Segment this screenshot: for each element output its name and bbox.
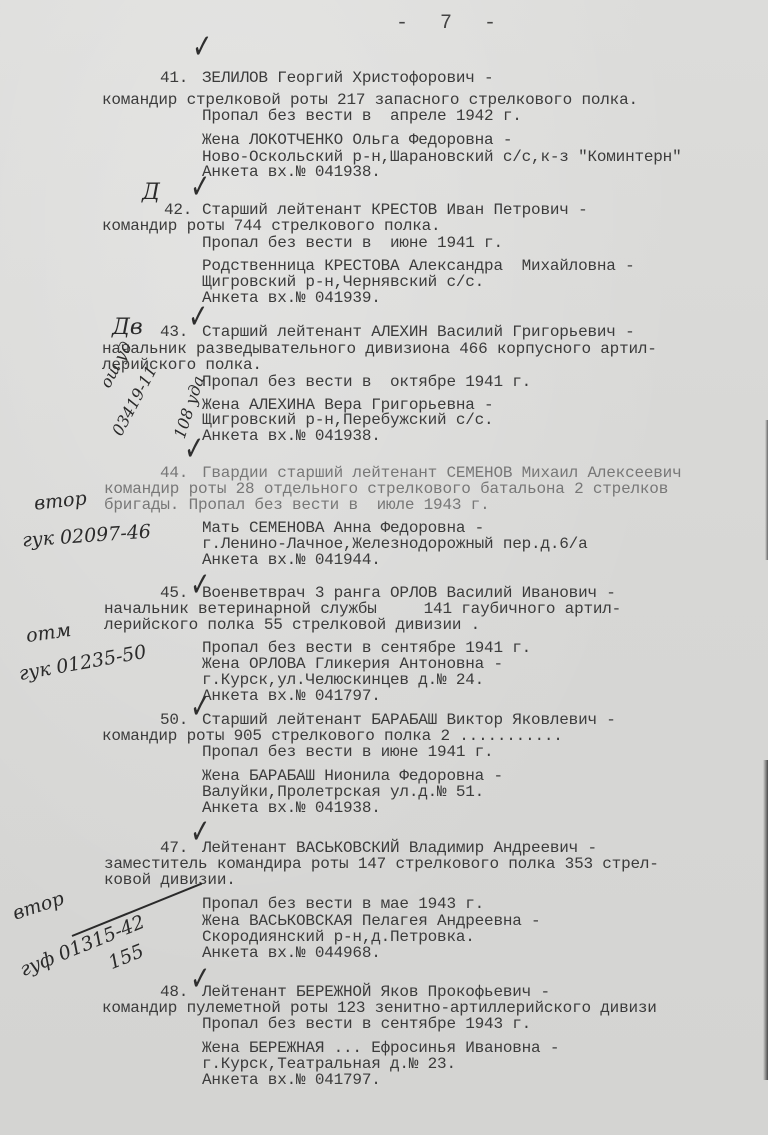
entry-line: Анкета вх.№ 041797.: [202, 1072, 381, 1088]
entry-line: ковой дивизии.: [104, 872, 236, 888]
entry-line: Пропал без вести в сентябре 1943 г.: [202, 1016, 531, 1032]
entry-line: Мать СЕМЕНОВА Анна Федоровна -: [202, 520, 484, 536]
entry-line: Пропал без вести в октябре 1941 г.: [202, 374, 531, 390]
entry-number: 44.: [160, 465, 188, 481]
entry-line: начальник ветеринарной службы 141 гаубич…: [104, 601, 621, 617]
entry-line: лерийского полка 55 стрелковой дивизии .: [104, 617, 480, 633]
entry-line: г.Ленино-Лачное,Железнодорожный пер.д.6/…: [202, 536, 587, 552]
entry-line: командир роты 744 стрелкового полка.: [102, 218, 440, 234]
entry-line: Пропал без вести в апреле 1942 г.: [202, 108, 522, 124]
entry-line: Щигровский р-н,Перебужский с/с.: [202, 412, 493, 428]
entry-line: Жена ЛОКОТЧЕНКО Ольга Федоровна -: [202, 132, 512, 148]
entry-line: Лейтенант ВАСЬКОВСКИЙ Владимир Андреевич…: [202, 840, 597, 856]
entry-line: г.Курск,ул.Челюскинцев д.№ 24.: [202, 672, 484, 688]
entry-line: Родственница КРЕСТОВА Александра Михайло…: [202, 258, 634, 274]
entry-number: 45.: [160, 585, 188, 601]
entry-line: Старший лейтенант БАРАБАШ Виктор Яковлев…: [202, 712, 616, 728]
checkmark-icon: ✓: [190, 170, 210, 204]
entry-line: бригады. Пропал без вести в июле 1943 г.: [104, 497, 489, 513]
entry-line: Щигровский р-н,Чернявский с/с.: [202, 274, 484, 290]
entry-line: Пропал без вести в мае 1943 г.: [202, 896, 484, 912]
entry-line: Старший лейтенант АЛЕХИН Василий Григорь…: [202, 324, 634, 340]
entry-line: Анкета вх.№ 041939.: [202, 290, 381, 306]
page-number: - 7 -: [396, 12, 506, 35]
entry-line: начальник разведывательного дивизиона 46…: [102, 341, 657, 357]
entry-line: Пропал без вести в июне 1941 г.: [202, 235, 503, 251]
entry-line: заместитель командира роты 147 стрелково…: [104, 856, 659, 872]
handwritten-mark: Д: [142, 180, 160, 205]
entry-number: 47.: [160, 840, 188, 856]
entry-number: 50.: [160, 712, 188, 728]
entry-number: 43.: [160, 324, 188, 340]
entry-line: командир роты 905 стрелкового полка 2 ..…: [102, 728, 563, 744]
page-edge-shadow: [763, 760, 768, 1080]
entry-line: командир роты 28 отдельного стрелкового …: [104, 481, 668, 497]
checkmark-icon: ✓: [192, 30, 212, 64]
entry-line: ЗЕЛИЛОВ Георгий Христофорович -: [202, 70, 493, 86]
entry-line: Анкета вх.№ 041944.: [202, 552, 381, 568]
entry-line: Старший лейтенант КРЕСТОВ Иван Петрович …: [202, 202, 587, 218]
entry-line: Пропал без вести в сентябре 1941 г.: [202, 640, 531, 656]
entry-line: Валуйки,Пролетрская ул.д.№ 51.: [202, 784, 484, 800]
entry-line: Пропал без вести в июне 1941 г.: [202, 744, 493, 760]
entry-number: 48.: [160, 984, 188, 1000]
entry-line: Жена ОРЛОВА Гликерия Антоновна -: [202, 656, 503, 672]
checkmark-icon: ✓: [184, 432, 204, 466]
entry-line: Военветврач 3 ранга ОРЛОВ Василий Иванов…: [202, 585, 616, 601]
entry-number: 41.: [160, 70, 188, 86]
entry-line: Анкета вх.№ 041938.: [202, 164, 381, 180]
entry-line: Жена БАРАБАШ Нионила Федоровна -: [202, 768, 503, 784]
entry-line: командир пулеметной роты 123 зенитно-арт…: [102, 1000, 657, 1016]
entry-line: г.Курск,Театральная д.№ 23.: [202, 1056, 456, 1072]
entry-number: 42.: [164, 202, 192, 218]
entry-line: Анкета вх.№ 041938.: [202, 428, 381, 444]
entry-line: Гвардии старший лейтенант СЕМЕНОВ Михаил…: [202, 465, 681, 481]
entry-line: Жена БЕРЕЖНАЯ ... Ефросинья Ивановна -: [202, 1040, 559, 1056]
entry-line: Скородиянский р-н,д.Петровка.: [202, 929, 475, 945]
entry-line: Анкета вх.№ 044968.: [202, 945, 381, 961]
entry-line: Лейтенант БЕРЕЖНОЙ Яков Прокофьевич -: [202, 984, 550, 1000]
entry-line: командир стрелковой роты 217 запасного с…: [102, 92, 638, 108]
handwritten-mark: Дв: [112, 315, 143, 340]
entry-line: Анкета вх.№ 041797.: [202, 688, 381, 704]
entry-line: Жена ВАСЬКОВСКАЯ Пелагея Андреевна -: [202, 913, 540, 929]
entry-line: Анкета вх.№ 041938.: [202, 800, 381, 816]
